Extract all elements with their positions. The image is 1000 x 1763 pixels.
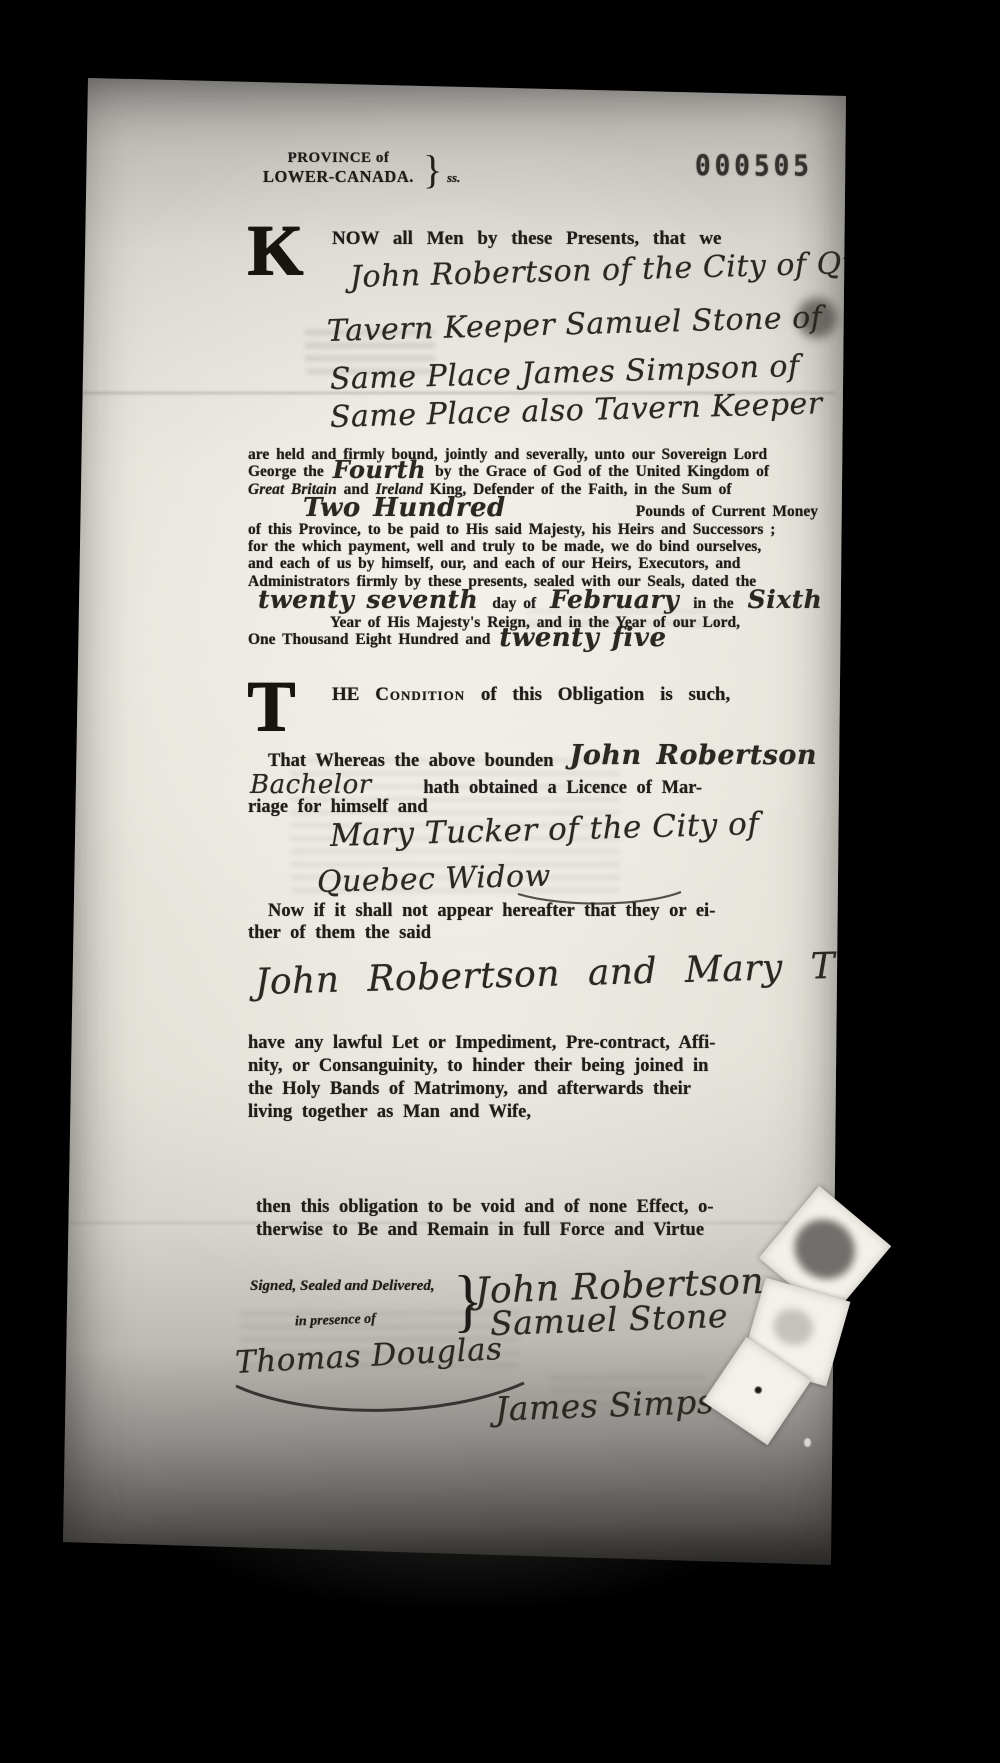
dropcap-t: T [247, 678, 295, 734]
impediment-line: have any lawful Let or Impediment, Pre-c… [248, 1032, 715, 1055]
bond-line: for the which payment, well and truly to… [248, 538, 818, 555]
bond-text: George the [248, 463, 324, 480]
proviso-line: ther of them the said [248, 922, 431, 945]
seal-impression [753, 1385, 763, 1395]
condition-heading: HE Condition of this Obligation is such, [332, 684, 730, 706]
whereas-text: That Whereas the above bounden [268, 751, 554, 771]
bond-text: One Thousand Eight Hundred and [248, 631, 490, 648]
bond-line: One Thousand Eight Hundred andtwenty fiv… [248, 631, 818, 648]
attestation-label: Signed, Sealed and Delivered, [250, 1278, 435, 1295]
handwritten-regnal-year: Sixth [748, 590, 823, 610]
impediment-line: living together as Man and Wife, [248, 1101, 715, 1124]
bond-line: of this Province, to be paid to His said… [248, 521, 818, 538]
opening-line: NOW all Men by these Presents, that we [332, 228, 722, 250]
signature-flourish [231, 1378, 531, 1418]
attestation-label: in presence of [295, 1312, 376, 1331]
impediment-paragraph: have any lawful Let or Impediment, Pre-c… [248, 1032, 715, 1124]
condition-he: HE [332, 684, 359, 705]
header-ss: ss. [447, 170, 460, 186]
signatory-signature: Samuel Stone [489, 1296, 728, 1343]
handwritten-party-line: John Robertson of the City of Quebec [350, 244, 936, 295]
condition-word: Condition [375, 684, 465, 705]
impediment-line: nity, or Consanguinity, to hinder their … [248, 1055, 715, 1078]
handwritten-couple-names: John Robertson and Mary Tucker [254, 943, 942, 1003]
proviso-line: Now if it shall not appear hereafter tha… [268, 900, 715, 923]
seal-impression [782, 1207, 867, 1291]
bond-line: and each of us by himself, our, and each… [248, 555, 818, 572]
dropcap-k: K [247, 222, 303, 278]
handwritten-party-line: Tavern Keeper Samuel Stone of [327, 300, 823, 349]
bond-text: Pounds of Current Money [636, 503, 818, 520]
bond-text: day of [492, 595, 536, 612]
handwritten-sum: Two Hundred [303, 498, 506, 518]
handwritten-month: February [550, 590, 679, 610]
impediment-line: the Holy Bands of Matrimony, and afterwa… [248, 1078, 715, 1101]
province-line2: LOWER-CANADA. [263, 167, 414, 187]
closing-line: therwise to Be and Remain in full Force … [256, 1219, 714, 1242]
closing-paragraph: then this obligation to be void and of n… [256, 1196, 714, 1242]
scanned-document-page: PROVINCE of LOWER-CANADA. } ss. 000505 K… [0, 0, 1000, 1763]
condition-tail: of this Obligation is such, [481, 684, 730, 705]
province-line1: PROVINCE of [263, 150, 414, 167]
dust-speck [804, 1438, 811, 1447]
seal-impression [769, 1304, 817, 1350]
bond-text: by the Grace of God of the United Kingdo… [435, 463, 769, 480]
header-brace: } [423, 150, 442, 190]
bond-paragraph: are held and firmly bound, jointly and s… [248, 446, 818, 649]
whereas-text: hath obtained a Licence of Mar- [423, 778, 702, 798]
stamp-number: 000505 [695, 151, 813, 183]
handwritten-day: twenty seventh [258, 590, 478, 610]
header-province: PROVINCE of LOWER-CANADA. [263, 150, 414, 187]
bond-line: Two Hundred Pounds of Current Money [248, 498, 818, 521]
bond-text: in the [693, 595, 733, 612]
closing-line: then this obligation to be void and of n… [256, 1196, 714, 1219]
bond-line: twenty seventh day of February in the Si… [248, 590, 818, 614]
bond-line: George theFourthby the Grace of God of t… [248, 463, 818, 480]
